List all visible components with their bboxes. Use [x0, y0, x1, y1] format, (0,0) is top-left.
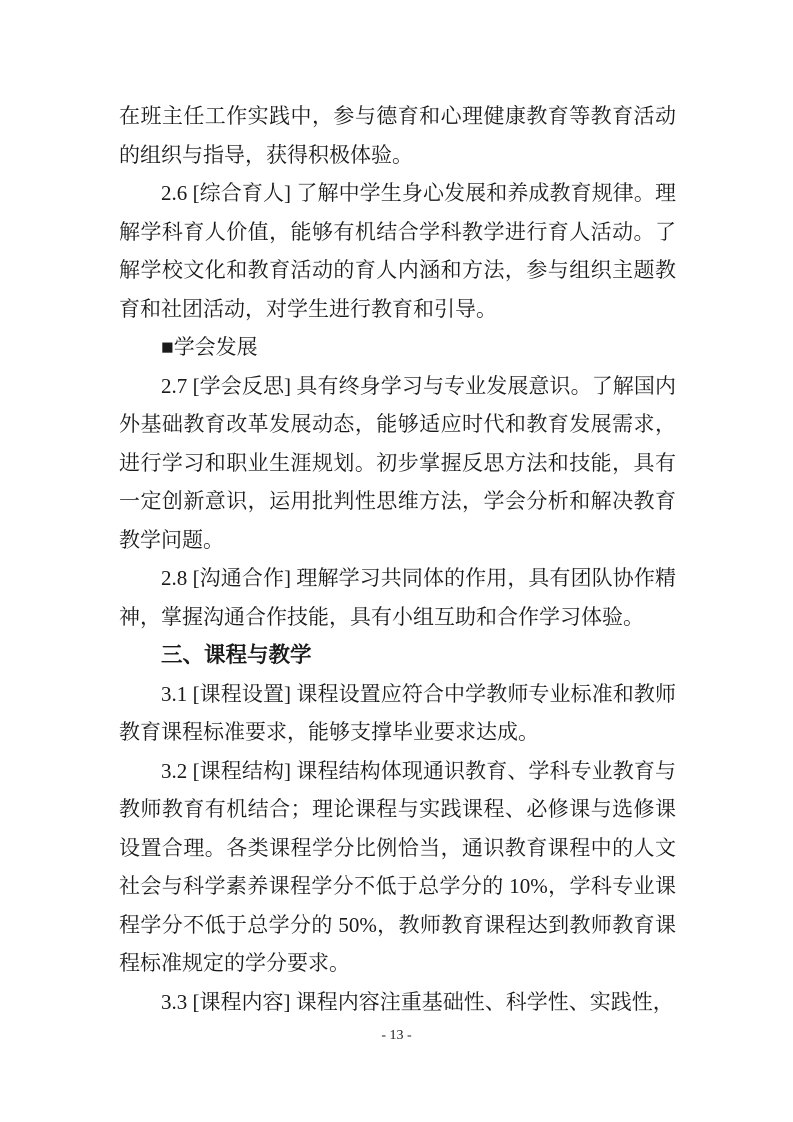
- subsection-heading-learn-to-develop: ■学会发展: [119, 328, 676, 367]
- document-page: 在班主任工作实践中，参与德育和心理健康教育等教育活动的组织与指导，获得积极体验。…: [0, 0, 793, 1122]
- page-number: - 13 -: [0, 1026, 793, 1046]
- paragraph-2-6-comprehensive-education: 2.6 [综合育人] 了解中学生身心发展和养成教育规律。理解学科育人价值，能够有…: [119, 174, 676, 328]
- paragraph-2-7-reflection: 2.7 [学会反思] 具有终身学习与专业发展意识。了解国内外基础教育改革发展动态…: [119, 367, 676, 560]
- square-bullet-icon: ■: [161, 335, 174, 359]
- paragraph-3-1-curriculum-setup: 3.1 [课程设置] 课程设置应符合中学教师专业标准和教师教育课程标准要求，能够…: [119, 675, 676, 752]
- paragraph-continuation: 在班主任工作实践中，参与德育和心理健康教育等教育活动的组织与指导，获得积极体验。: [119, 97, 676, 174]
- paragraph-3-3-curriculum-content: 3.3 [课程内容] 课程内容注重基础性、科学性、实践性，: [119, 983, 676, 1022]
- paragraph-3-2-curriculum-structure: 3.2 [课程结构] 课程结构体现通识教育、学科专业教育与教师教育有机结合；理论…: [119, 752, 676, 983]
- section-heading-curriculum-and-teaching: 三、课程与教学: [119, 636, 676, 675]
- subsection-heading-label: 学会发展: [174, 335, 258, 359]
- paragraph-2-8-communication: 2.8 [沟通合作] 理解学习共同体的作用，具有团队协作精神，掌握沟通合作技能，…: [119, 559, 676, 636]
- text-block: 在班主任工作实践中，参与德育和心理健康教育等教育活动的组织与指导，获得积极体验。…: [119, 97, 676, 1021]
